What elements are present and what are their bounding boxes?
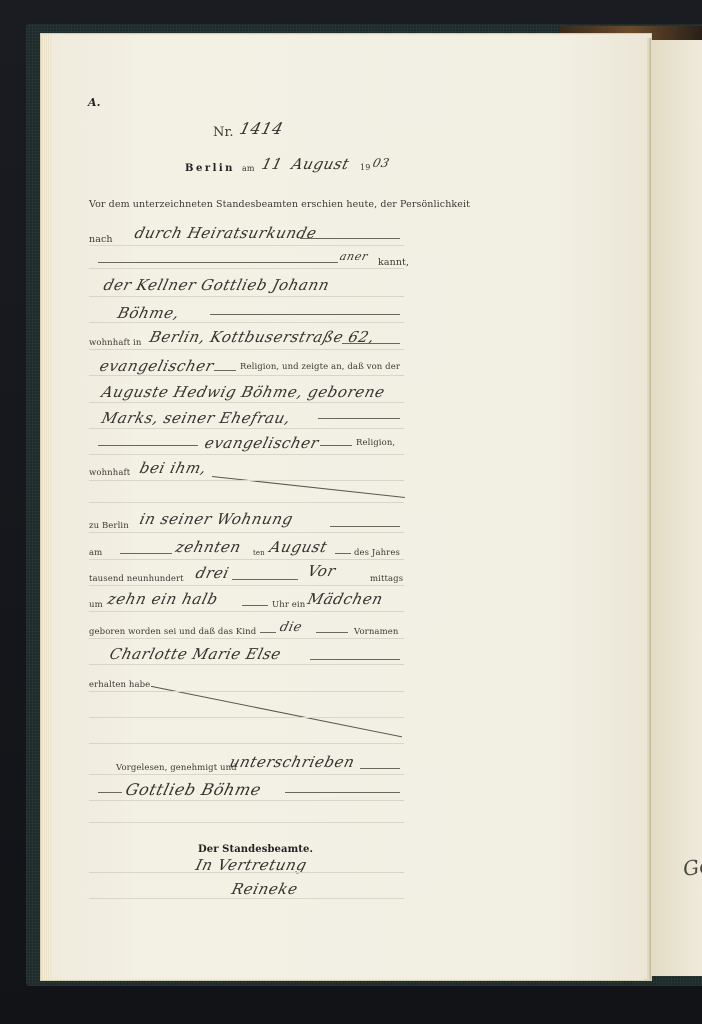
vorgelesen-value: unterschrieben [228, 753, 357, 771]
religion-value: evangelischer [98, 357, 216, 375]
fill-line [310, 659, 400, 660]
ruled-line [89, 502, 404, 503]
ruled-line [89, 480, 404, 481]
ruled-line [89, 322, 404, 323]
fill-line [98, 262, 338, 263]
ruled-line [89, 638, 404, 639]
ruled-line [89, 296, 404, 297]
mother-line-2: Marks, seiner Ehefrau, [100, 409, 293, 427]
ruled-line [89, 585, 404, 586]
year-prefix: 19 [360, 163, 370, 172]
record-number-label: Nr. [213, 125, 234, 140]
intro-text: Vor dem unterzeichneten Standesbeamten e… [89, 199, 470, 210]
next-page-fragment: Ge [681, 853, 702, 881]
fill-line [120, 553, 172, 554]
ruled-line [89, 691, 404, 692]
ruled-line [89, 774, 404, 775]
official-title: Der Standesbeamte. [198, 844, 313, 855]
ruled-line [89, 800, 404, 801]
mother-line-1: Auguste Hedwig Böhme, geborene [100, 383, 387, 401]
fill-line [242, 605, 268, 606]
date-prefix: am [242, 164, 255, 173]
fill-line [98, 792, 122, 793]
ruled-line [89, 872, 404, 873]
fill-line [360, 768, 400, 769]
place-label: Berlin [185, 163, 235, 174]
tausend-label: tausend neunhundert [89, 574, 184, 584]
des-jahres-label: des Jahres [354, 548, 400, 558]
fill-line [98, 445, 198, 446]
person-line-1: der Kellner Gottlieb Johann [102, 276, 332, 294]
fill-line [320, 445, 352, 446]
religion-label: Religion, und zeigte an, daß von der [240, 362, 400, 372]
next-page [651, 40, 702, 976]
am-label: am [89, 548, 102, 558]
nach-value: durch Heiratsurkunde [133, 224, 319, 242]
vorgelesen-label: Vorgelesen, genehmigt und [116, 763, 237, 773]
fill-line [214, 370, 236, 371]
year-suffix: 03 [371, 156, 391, 170]
ruled-line [89, 349, 404, 350]
year-words: drei [194, 564, 231, 582]
ruled-line [89, 559, 404, 560]
fill-line [210, 314, 400, 315]
nach-label: nach [89, 234, 113, 245]
fill-line [232, 579, 298, 580]
kannt-value: aner [338, 250, 369, 263]
fill-line [316, 632, 348, 633]
ruled-line [89, 822, 404, 823]
hour-value: zehn ein halb [106, 590, 220, 608]
fill-line [318, 418, 400, 419]
person-line-2: Böhme, [116, 304, 182, 322]
fill-line [300, 238, 400, 239]
fill-line [335, 553, 351, 554]
vornamen-label: Vornamen [354, 627, 398, 637]
official-signature-line-2: Reineke [230, 880, 300, 898]
fill-line [260, 632, 276, 633]
wohnhaft-label: wohnhaft in [89, 338, 141, 348]
zu-berlin-value: in seiner Wohnung [138, 510, 295, 528]
sex-value: Mädchen [306, 590, 385, 608]
kannt-label: kannt, [378, 257, 409, 268]
mother-religion-label: Religion, [356, 438, 395, 448]
ruled-line [89, 717, 404, 718]
day-value: zehnten [174, 538, 243, 556]
um-label: um [89, 600, 103, 610]
mother-religion-value: evangelischer [203, 434, 321, 452]
ruled-line [89, 402, 404, 403]
mother-wohnhaft-label: wohnhaft [89, 468, 130, 478]
ruled-line [89, 532, 404, 533]
ruled-line [89, 428, 404, 429]
date-month: August [290, 155, 352, 173]
ruled-line [89, 611, 404, 612]
ten-label: ten [253, 549, 265, 557]
mittags-label: mittags [370, 574, 403, 584]
ruled-line [89, 268, 404, 269]
fill-line [285, 792, 400, 793]
fill-line [342, 343, 400, 344]
record-number: 1414 [238, 119, 286, 138]
geboren-label: geboren worden sei und daß das Kind [89, 627, 256, 637]
register-page [52, 35, 647, 979]
ruled-line [89, 898, 404, 899]
ruled-line [89, 245, 404, 246]
uhr-label: Uhr ein [272, 600, 305, 610]
series-letter: A. [88, 96, 101, 109]
time-of-day-value: Vor [306, 562, 338, 580]
month-value: August [268, 538, 330, 556]
ruled-line [89, 375, 404, 376]
ruled-line [89, 664, 404, 665]
child-names: Charlotte Marie Else [108, 645, 284, 663]
informant-signature: Gottlieb Böhme [124, 780, 264, 799]
ruled-line [89, 743, 404, 744]
ruled-line [89, 454, 404, 455]
zu-berlin-label: zu Berlin [89, 521, 129, 531]
names-article: die [278, 620, 304, 635]
fill-line [330, 526, 400, 527]
erhalten-label: erhalten habe. [89, 680, 153, 690]
mother-wohnhaft-value: bei ihm, [138, 459, 209, 477]
